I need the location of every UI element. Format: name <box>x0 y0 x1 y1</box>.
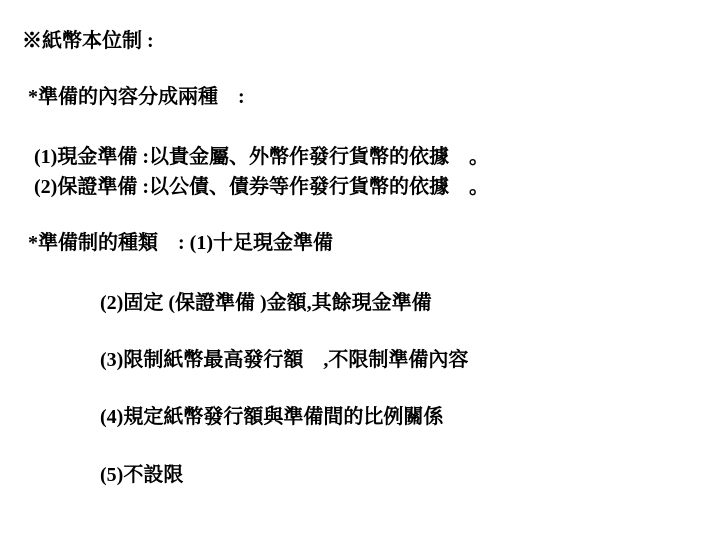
reserve-types-item-2: (2)固定 (保證準備 )金額,其餘現金準備 <box>100 292 432 314</box>
reserve-content-item-guarantee: (2)保證準備 :以公債、債券等作發行貨幣的依據 。 <box>34 176 489 198</box>
slide-heading: ※紙幣本位制 : <box>22 30 154 52</box>
reserve-types-item-3: (3)限制紙幣最高發行額 ,不限制準備內容 <box>100 349 468 371</box>
slide: ※紙幣本位制 : *準備的內容分成兩種 : (1)現金準備 :以貴金屬、外幣作發… <box>0 0 720 540</box>
reserve-types-intro: *準備制的種類 : (1)十足現金準備 <box>28 232 333 254</box>
reserve-types-item-4: (4)規定紙幣發行額與準備間的比例關係 <box>100 406 443 428</box>
reserve-types-item-5: (5)不設限 <box>100 464 183 486</box>
reserve-content-item-cash: (1)現金準備 :以貴金屬、外幣作發行貨幣的依據 。 <box>34 146 489 168</box>
reserve-content-intro: *準備的內容分成兩種 : <box>28 86 245 108</box>
